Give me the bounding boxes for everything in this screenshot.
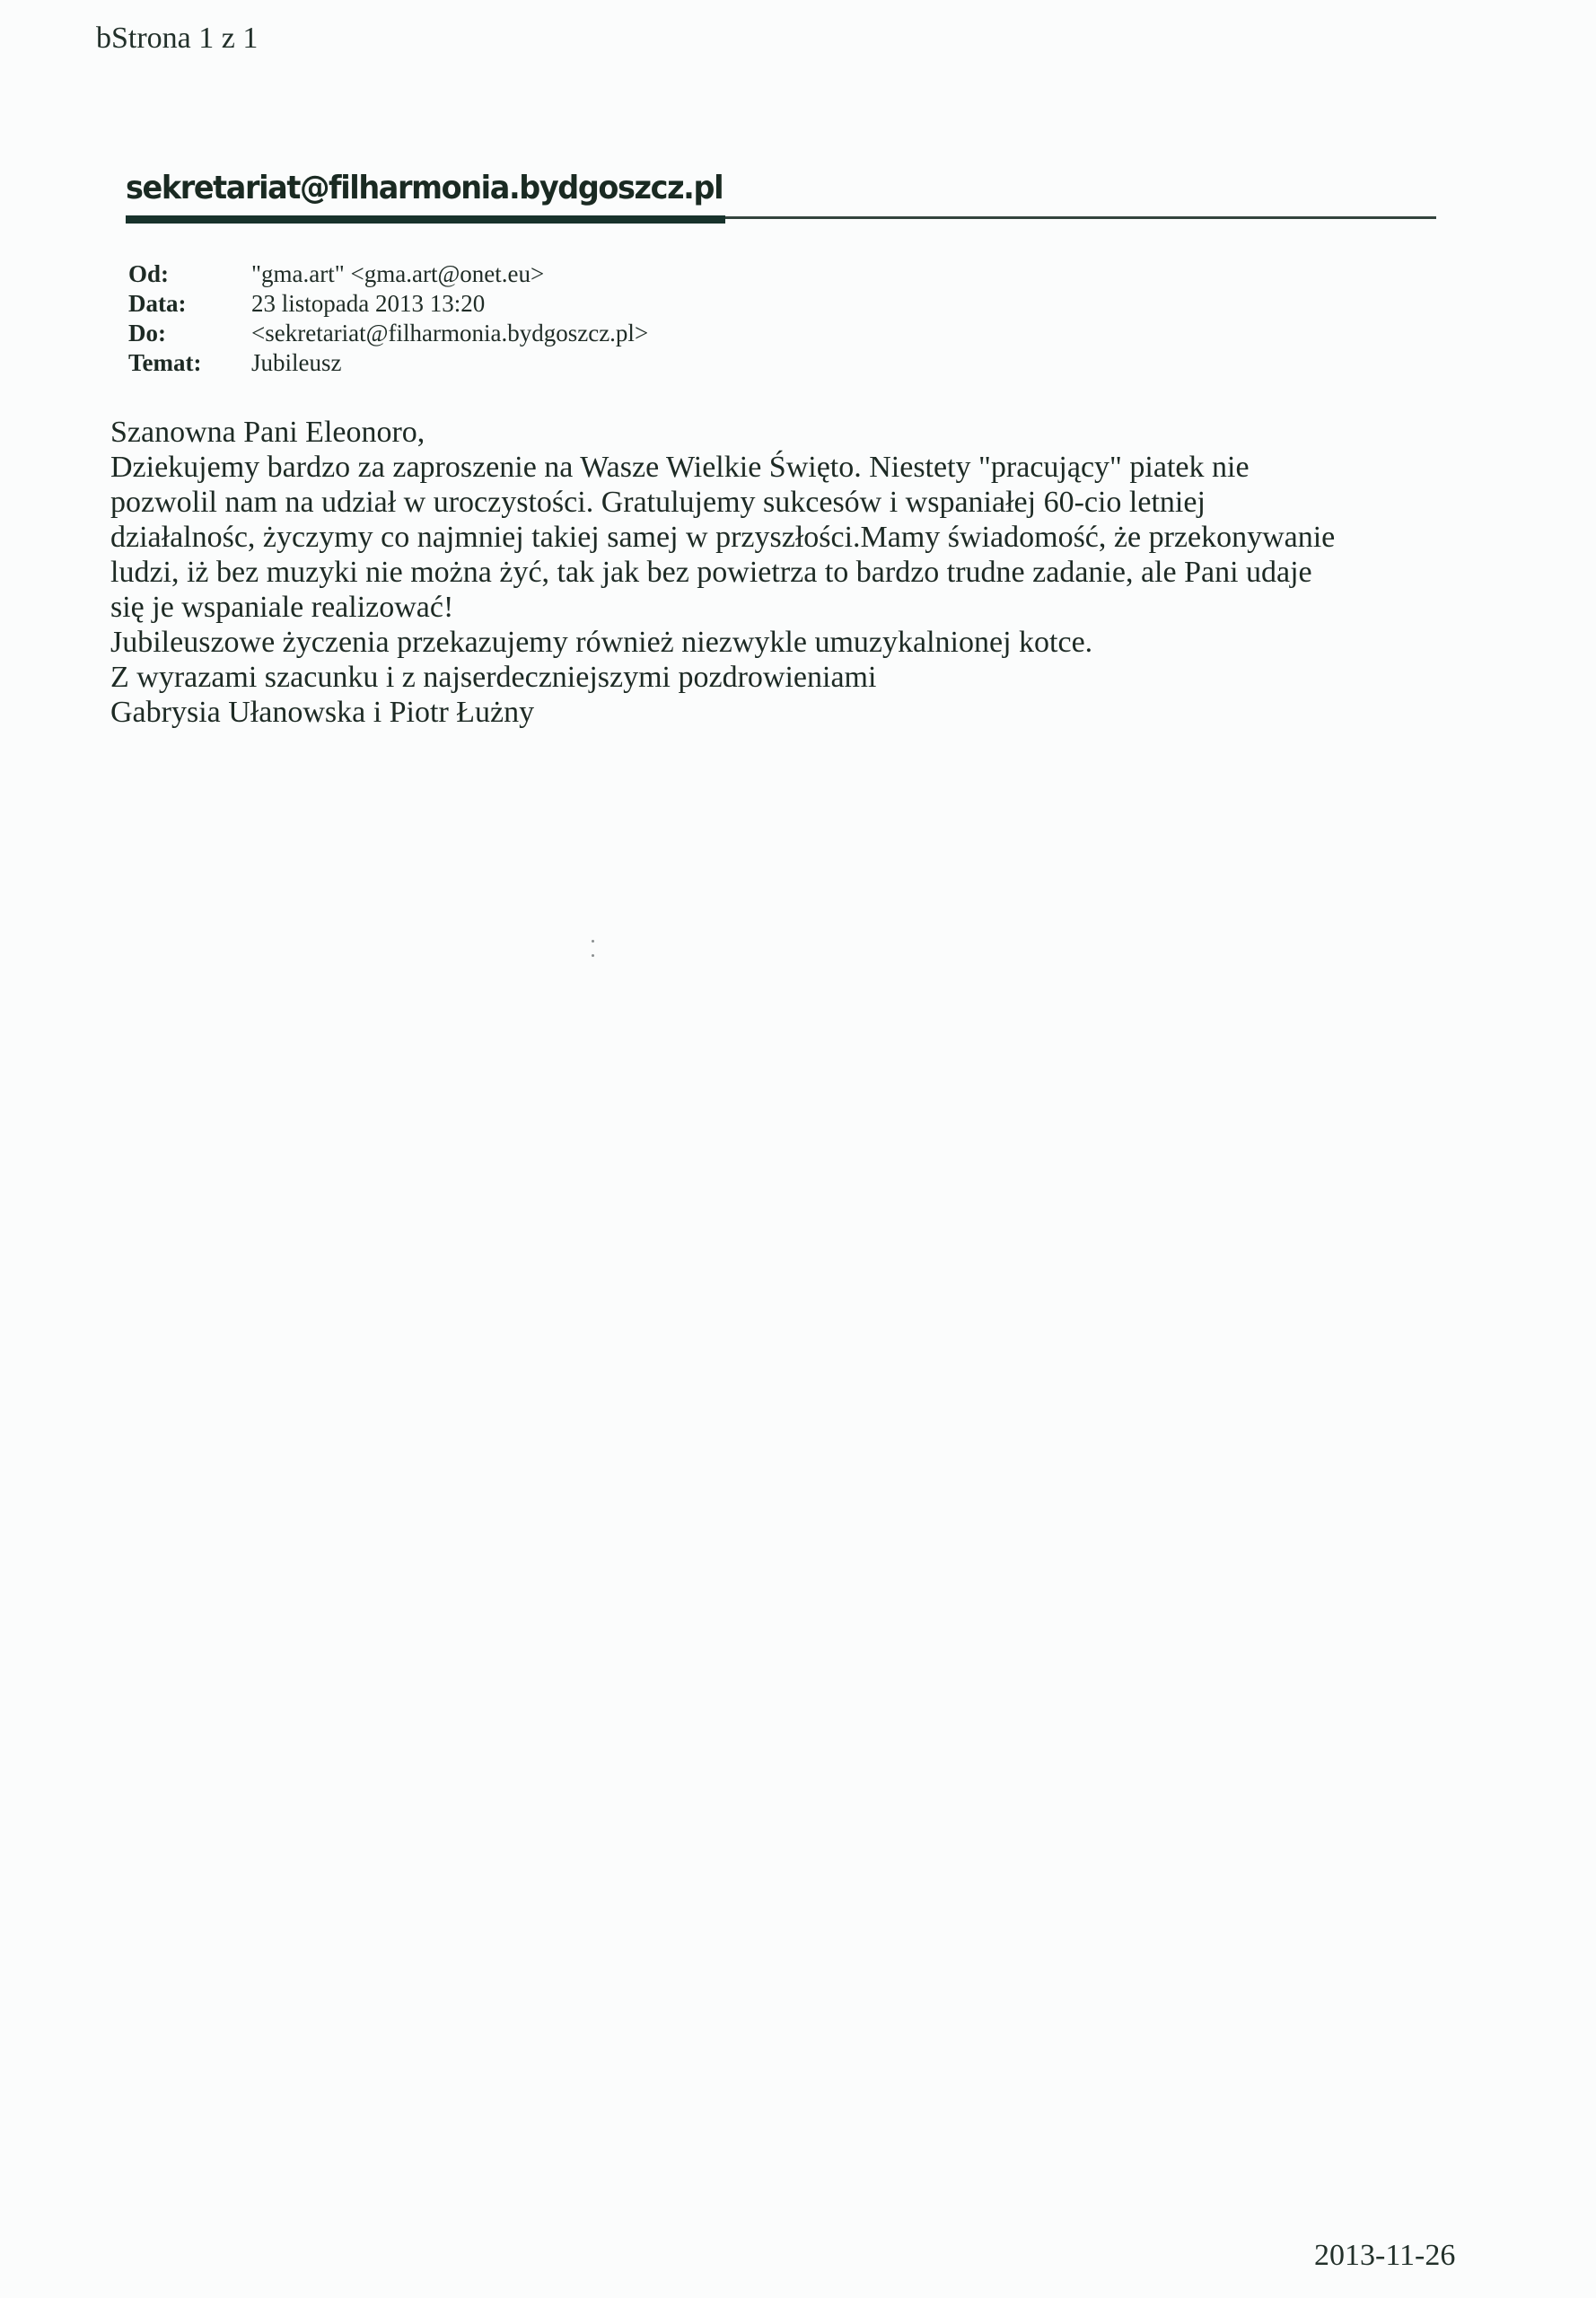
header-to-row: Do: <sekretariat@filharmonia.bydgoszcz.p… [128, 320, 648, 349]
body-line: się je wspaniale realizować! [110, 590, 1457, 625]
email-headers: Od: "gma.art" <gma.art@onet.eu> Data: 23… [128, 260, 648, 379]
header-subject-row: Temat: Jubileusz [128, 349, 648, 379]
body-line: pozwolil nam na udział w uroczystości. G… [110, 485, 1457, 520]
mail-title-block: sekretariat@filharmonia.bydgoszcz.pl [126, 169, 1436, 208]
body-line: Dziekujemy bardzo za zaproszenie na Wasz… [110, 450, 1457, 485]
subject-label: Temat: [128, 349, 251, 379]
title-underline-thick [126, 215, 725, 224]
from-label: Od: [128, 260, 251, 290]
scan-speck [592, 940, 594, 958]
footer-date: 2013-11-26 [1314, 2239, 1455, 2273]
body-line: ludzi, iż bez muzyki nie można żyć, tak … [110, 555, 1457, 590]
page-header: bStrona 1 z 1 [96, 22, 258, 56]
body-line: Jubileuszowe życzenia przekazujemy równi… [110, 625, 1457, 660]
email-body: Szanowna Pani Eleonoro, Dziekujemy bardz… [110, 415, 1457, 730]
closing-line: Z wyrazami szacunku i z najserdeczniejsz… [110, 660, 1457, 695]
header-date-row: Data: 23 listopada 2013 13:20 [128, 290, 648, 320]
date-value: 23 listopada 2013 13:20 [251, 290, 648, 320]
greeting-line: Szanowna Pani Eleonoro, [110, 415, 1457, 450]
mail-title: sekretariat@filharmonia.bydgoszcz.pl [126, 169, 723, 208]
body-line: działalnośc, życzymy co najmniej takiej … [110, 520, 1457, 555]
header-from-row: Od: "gma.art" <gma.art@onet.eu> [128, 260, 648, 290]
subject-value: Jubileusz [251, 349, 648, 379]
to-label: Do: [128, 320, 251, 349]
date-label: Data: [128, 290, 251, 320]
from-value: "gma.art" <gma.art@onet.eu> [251, 260, 648, 290]
to-value: <sekretariat@filharmonia.bydgoszcz.pl> [251, 320, 648, 349]
title-underline-thin [725, 216, 1436, 219]
signature-line: Gabrysia Ułanowska i Piotr Łużny [110, 695, 1457, 730]
